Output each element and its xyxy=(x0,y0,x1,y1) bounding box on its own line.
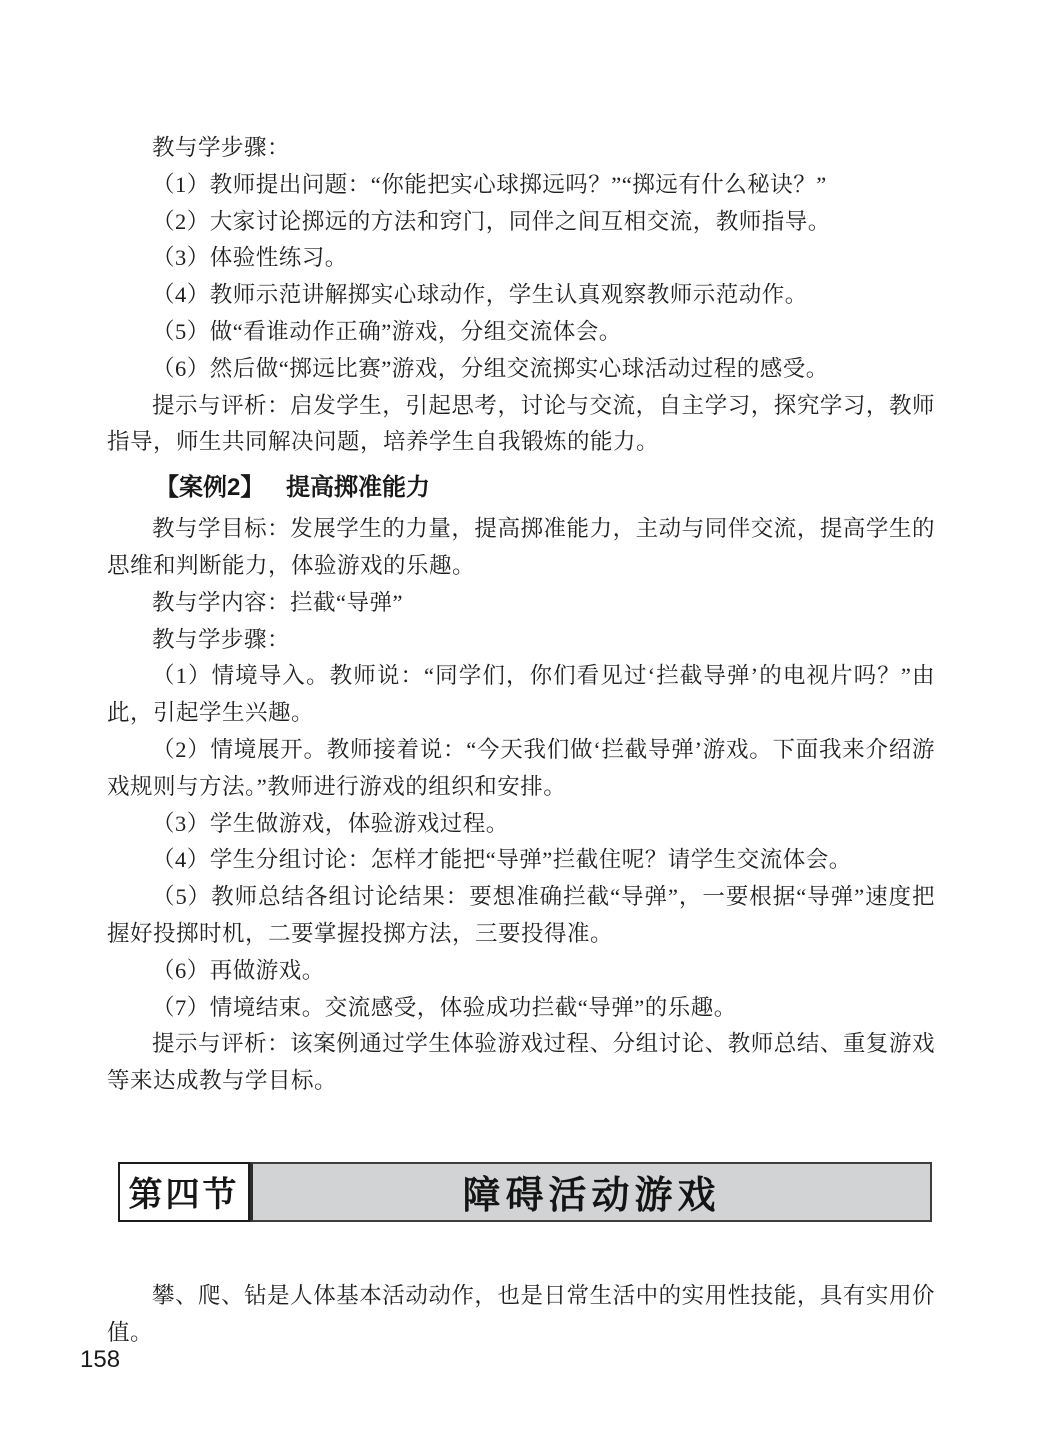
document-page: 教与学步骤： （1）教师提出问题：“你能把实心球掷远吗？”“掷远有什么秘诀？” … xyxy=(0,0,1038,1452)
case1-step-4: （4）教师示范讲解掷实心球动作，学生认真观察教师示范动作。 xyxy=(107,277,935,314)
case1-step-1: （1）教师提出问题：“你能把实心球掷远吗？”“掷远有什么秘诀？” xyxy=(107,167,935,204)
page-number: 158 xyxy=(80,1346,120,1374)
case2-tips: 提示与评析：该案例通过学生体验游戏过程、分组讨论、教师总结、重复游戏等来达成教与… xyxy=(107,1026,935,1100)
case1-steps-label: 教与学步骤： xyxy=(107,130,935,167)
case2-step-6: （6）再做游戏。 xyxy=(107,953,935,990)
page-content: 教与学步骤： （1）教师提出问题：“你能把实心球掷远吗？”“掷远有什么秘诀？” … xyxy=(107,130,935,1352)
case1-step-5: （5）做“看谁动作正确”游戏，分组交流体会。 xyxy=(107,314,935,351)
section-title: 障碍活动游戏 xyxy=(250,1162,932,1222)
case2-goal: 教与学目标：发展学生的力量，提高掷准能力，主动与同伴交流，提高学生的思维和判断能… xyxy=(107,511,935,585)
case2-step-1: （1）情境导入。教师说：“同学们，你们看见过‘拦截导弹’的电视片吗？”由此，引起… xyxy=(107,658,935,732)
case2-step-2: （2）情境展开。教师接着说：“今天我们做‘拦截导弹’游戏。下面我来介绍游戏规则与… xyxy=(107,732,935,806)
case2-heading: 【案例2】提高掷准能力 xyxy=(107,471,935,505)
case2-heading-bracket: 【案例2】 xyxy=(155,474,264,501)
case2-step-5: （5）教师总结各组讨论结果：要想准确拦截“导弹”，一要根据“导弹”速度把握好投掷… xyxy=(107,879,935,953)
case1-step-6: （6）然后做“掷远比赛”游戏，分组交流掷实心球活动过程的感受。 xyxy=(107,351,935,388)
case2-step-3: （3）学生做游戏，体验游戏过程。 xyxy=(107,806,935,843)
case1-step-3: （3）体验性练习。 xyxy=(107,240,935,277)
case2-content: 教与学内容：拦截“导弹” xyxy=(107,585,935,622)
case1-tips: 提示与评析：启发学生，引起思考，讨论与交流，自主学习，探究学习，教师指导，师生共… xyxy=(107,388,935,462)
case2-steps-label: 教与学步骤： xyxy=(107,622,935,659)
case2-step-4: （4）学生分组讨论：怎样才能把“导弹”拦截住呢？请学生交流体会。 xyxy=(107,842,935,879)
case1-step-2: （2）大家讨论掷远的方法和窍门，同伴之间互相交流，教师指导。 xyxy=(107,204,935,241)
case2-step-7: （7）情境结束。交流感受，体验成功拦截“导弹”的乐趣。 xyxy=(107,990,935,1027)
section4-intro-paragraph: 攀、爬、钻是人体基本活动动作，也是日常生活中的实用性技能，具有实用价值。 xyxy=(107,1278,935,1352)
section-number: 第四节 xyxy=(118,1162,250,1222)
case2-heading-title: 提高掷准能力 xyxy=(286,474,430,501)
section-banner: 第四节 障碍活动游戏 xyxy=(118,1162,932,1222)
